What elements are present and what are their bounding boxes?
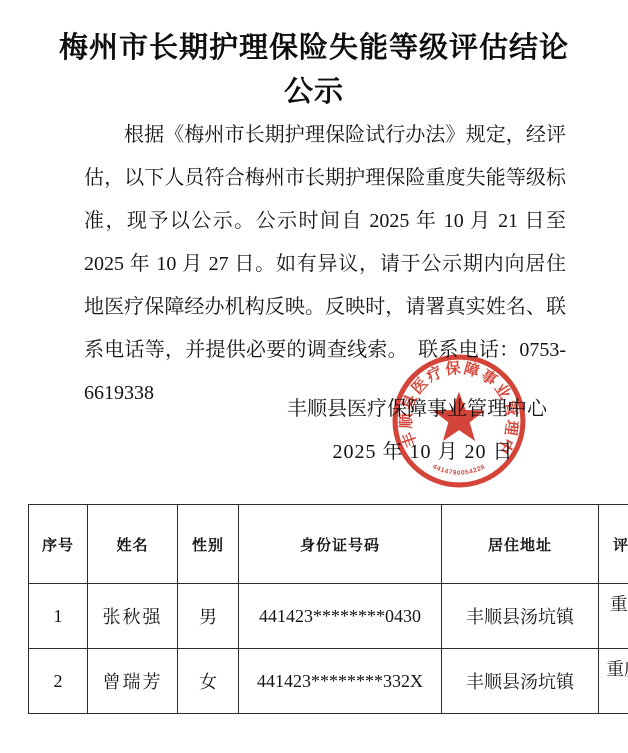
header-cell-address: 居住地址 [442,505,599,584]
page-title-line2: 公示 [0,70,628,114]
table-header-row: 序号 姓名 性别 身份证号码 居住地址 评估结论 [29,505,628,584]
cell-name: 张秋强 [88,584,178,649]
cell-gender: 女 [178,649,239,714]
cell-gender: 男 [178,584,239,649]
cell-address: 丰顺县汤坑镇 [442,584,599,649]
page-title-line1: 梅州市长期护理保险失能等级评估结论 [0,26,628,70]
signature-block: 丰顺县医疗保障事业管理中心 2025 年 10 月 20 日 [287,388,547,474]
cell-conclusion: 重度失能Ⅰ级 [599,649,628,714]
cell-conclusion: 重度失能Ⅲ级 [599,584,628,649]
signature-date: 2025 年 10 月 20 日 [293,431,553,474]
header-cell-index: 序号 [29,505,88,584]
header-cell-id-number: 身份证号码 [239,505,442,584]
header-cell-gender: 性别 [178,505,239,584]
cell-id-number: 441423********0430 [239,584,442,649]
cell-index: 1 [29,584,88,649]
cell-id-number: 441423********332X [239,649,442,714]
table-row: 2 曾瑞芳 女 441423********332X 丰顺县汤坑镇 重度失能Ⅰ级 [29,649,628,714]
results-table: 序号 姓名 性别 身份证号码 居住地址 评估结论 1 张秋强 男 441423*… [28,504,628,714]
page-title: 梅州市长期护理保险失能等级评估结论 公示 [0,26,628,114]
cell-address: 丰顺县汤坑镇 [442,649,599,714]
cell-index: 2 [29,649,88,714]
announcement-body: 根据《梅州市长期护理保险试行办法》规定，经评估，以下人员符合梅州市长期护理保险重… [84,114,566,415]
cell-name: 曾瑞芳 [88,649,178,714]
header-cell-name: 姓名 [88,505,178,584]
header-cell-conclusion: 评估结论 [599,505,628,584]
table-row: 1 张秋强 男 441423********0430 丰顺县汤坑镇 重度失能Ⅲ级 [29,584,628,649]
signature-org: 丰顺县医疗保障事业管理中心 [287,388,547,431]
announcement-page: 梅州市长期护理保险失能等级评估结论 公示 根据《梅州市长期护理保险试行办法》规定… [0,0,628,753]
